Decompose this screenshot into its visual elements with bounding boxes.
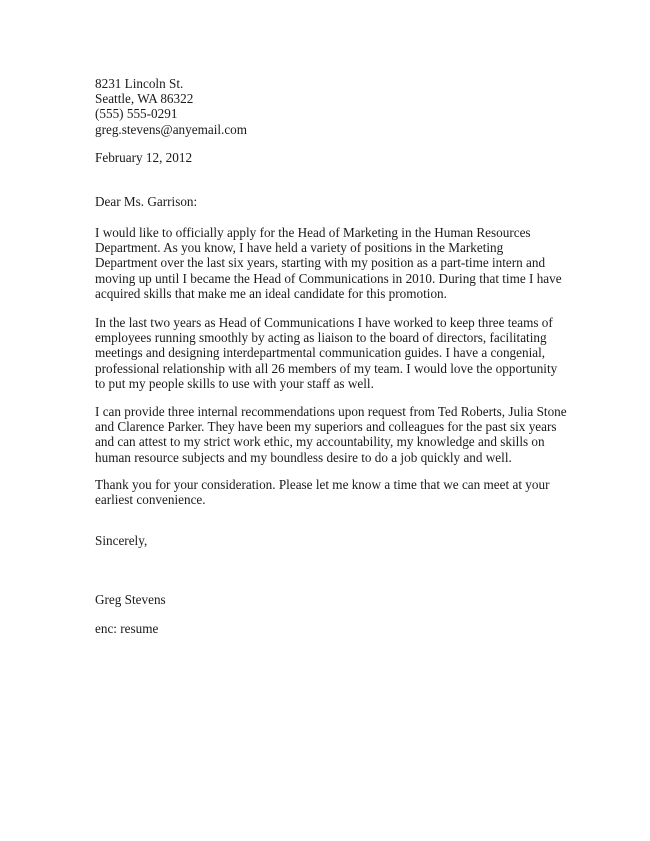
paragraph-line: In the last two years as Head of Communi…: [95, 315, 557, 330]
signature-name: Greg Stevens: [95, 592, 166, 607]
paragraph-line: Department over the last six years, star…: [95, 255, 562, 270]
sender-street: 8231 Lincoln St.: [95, 76, 247, 91]
sender-email: greg.stevens@anyemail.com: [95, 122, 247, 137]
paragraph-3: I can provide three internal recommendat…: [95, 404, 567, 465]
paragraph-line: meetings and designing interdepartmental…: [95, 345, 557, 360]
paragraph-line: and Clarence Parker. They have been my s…: [95, 419, 567, 434]
paragraph-line: moving up until I became the Head of Com…: [95, 271, 562, 286]
paragraph-line: employees running smoothly by acting as …: [95, 330, 557, 345]
salutation: Dear Ms. Garrison:: [95, 194, 197, 209]
letter-date: February 12, 2012: [95, 150, 192, 165]
paragraph-1: I would like to officially apply for the…: [95, 225, 562, 301]
paragraph-line: Thank you for your consideration. Please…: [95, 477, 549, 492]
paragraph-line: to put my people skills to use with your…: [95, 376, 557, 391]
paragraph-line: professional relationship with all 26 me…: [95, 361, 557, 376]
letter-page: 8231 Lincoln St. Seattle, WA 86322 (555)…: [0, 0, 650, 841]
sender-city-state-zip: Seattle, WA 86322: [95, 91, 247, 106]
paragraph-line: Department. As you know, I have held a v…: [95, 240, 562, 255]
enclosure-note: enc: resume: [95, 621, 158, 636]
paragraph-line: acquired skills that make me an ideal ca…: [95, 286, 562, 301]
paragraph-4: Thank you for your consideration. Please…: [95, 477, 549, 507]
sender-address: 8231 Lincoln St. Seattle, WA 86322 (555)…: [95, 76, 247, 137]
paragraph-line: I would like to officially apply for the…: [95, 225, 562, 240]
sender-phone: (555) 555-0291: [95, 106, 247, 121]
paragraph-line: earliest convenience.: [95, 492, 549, 507]
paragraph-line: I can provide three internal recommendat…: [95, 404, 567, 419]
paragraph-line: and can attest to my strict work ethic, …: [95, 434, 567, 449]
paragraph-line: human resource subjects and my boundless…: [95, 450, 567, 465]
closing: Sincerely,: [95, 533, 147, 548]
paragraph-2: In the last two years as Head of Communi…: [95, 315, 557, 391]
